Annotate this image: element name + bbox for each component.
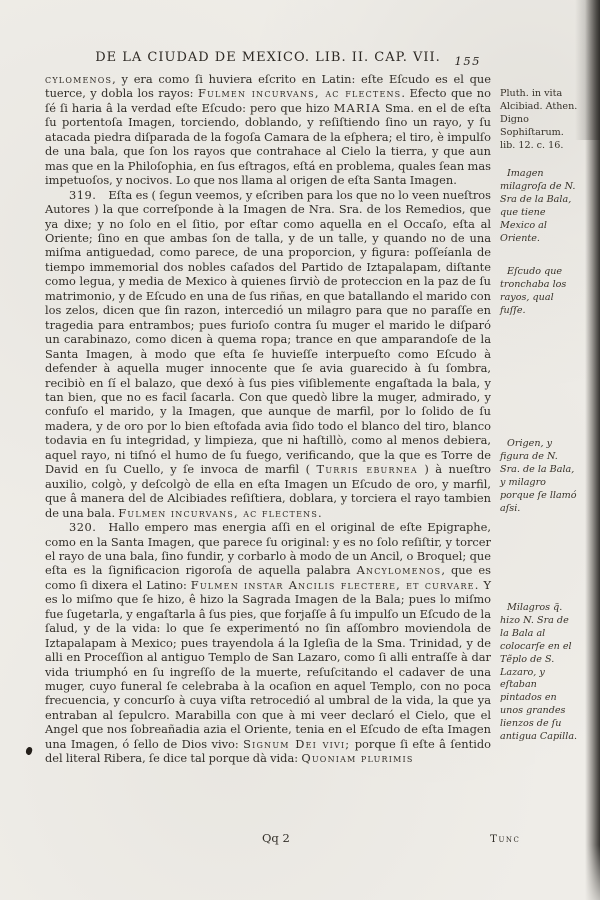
smallcaps-text: Fulmen instar Ancilis flectere, et curva… (191, 578, 480, 592)
page-title: DE LA CIUDAD DE MEXICO. LIB. II. CAP. VI… (95, 50, 441, 65)
margin-note: Origen, y figura de N. Sra. de la Bala, … (500, 438, 580, 515)
smallcaps-text: Turris eburnea (317, 462, 418, 476)
paragraph: 320.Hallo empero mas energia aſſi en el … (45, 520, 491, 766)
smallcaps-text: MARIA (334, 101, 381, 115)
smallcaps-text: Fulmen incurvans, ac flectens (198, 86, 401, 100)
smallcaps-text: Fulmen incurvans, ac flectens. (118, 506, 323, 520)
ink-blot (25, 746, 33, 755)
signature-mark: Qq 2 (262, 831, 290, 845)
body-text-run: Y es lo miſmo que ſe hizo, ê hizo la Sag… (45, 578, 491, 751)
paragraph: 319.Eſta es ( ſegun veemos, y eſcriben p… (45, 188, 491, 520)
smallcaps-text: cylomenos (45, 72, 112, 86)
body-text: cylomenos, y era como ſi huviera eſcrito… (45, 72, 491, 766)
paragraph-number: 320. (69, 520, 96, 534)
body-text-run: Eſta es ( ſegun veemos, y eſcriben para … (45, 188, 491, 477)
paragraph: cylomenos, y era como ſi huviera eſcrito… (45, 72, 491, 188)
catchword: Tunc (490, 833, 520, 845)
paragraph-number: 319. (69, 188, 96, 202)
margin-note: Pluth. in vita Alcibiad. Athen. Digno So… (500, 88, 580, 153)
running-header: DE LA CIUDAD DE MEXICO. LIB. II. CAP. VI… (45, 50, 491, 65)
page-edge-shadow (585, 0, 600, 900)
margin-note: Eſcudo que tronchaba los rayos, qual fuſ… (500, 266, 580, 318)
smallcaps-text: Quoniam plurimis (301, 751, 413, 765)
book-page: DE LA CIUDAD DE MEXICO. LIB. II. CAP. VI… (0, 0, 600, 900)
smallcaps-text: Ancylomenos (357, 563, 442, 577)
margin-note: Imagen milagroſa de N. Sra de la Bala, q… (500, 168, 580, 245)
page-number: 155 (455, 54, 481, 68)
smallcaps-text: Signum Dei vivi; (243, 737, 350, 751)
margin-note: Milagros q̃. hizo N. Sra de la Bala al c… (500, 602, 580, 744)
